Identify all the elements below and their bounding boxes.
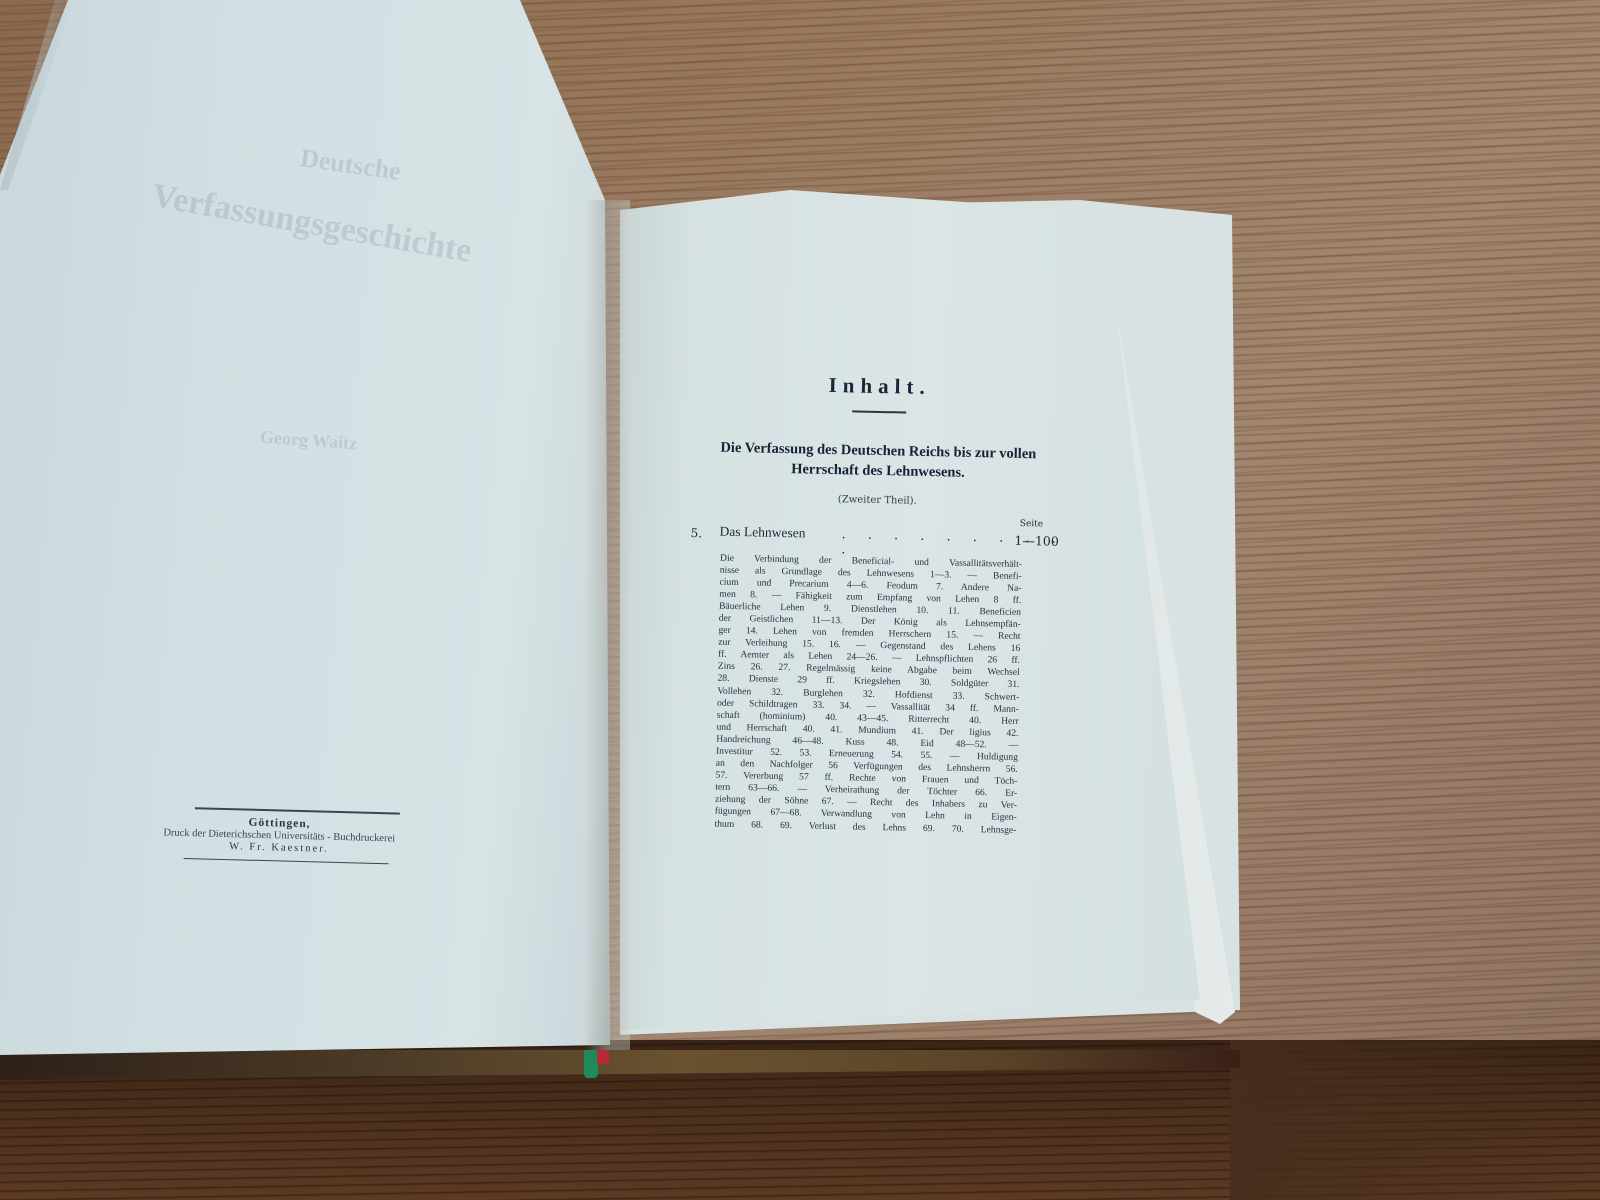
printer-imprint: Göttingen, Druck der Dieterichschen Univ… xyxy=(109,805,450,866)
heading-rule xyxy=(852,410,906,413)
bookmark-ribbon-green xyxy=(584,1050,598,1078)
bookmark-ribbon-red xyxy=(597,1050,609,1064)
section-title: Die Verfassung des Deutschen Reichs bis … xyxy=(688,436,1069,484)
toc-entry: Seite 5. Das Lehnwesen . . . . . . . . .… xyxy=(686,517,1067,553)
book-gutter xyxy=(585,200,630,1050)
part-note: (Zweiter Theil). xyxy=(687,490,1067,509)
entry-summary: Die Verbindung der Beneficial- und Vassa… xyxy=(714,552,1022,836)
entry-number: 5. xyxy=(690,526,702,540)
entry-page-range: 1—100 xyxy=(1014,532,1059,548)
entry-title: Das Lehnwesen xyxy=(719,523,805,541)
page-column-label: Seite xyxy=(1020,518,1044,528)
table-surface-light xyxy=(1230,1040,1600,1200)
table-of-contents: Inhalt. Die Verfassung des Deutschen Rei… xyxy=(680,370,1070,838)
